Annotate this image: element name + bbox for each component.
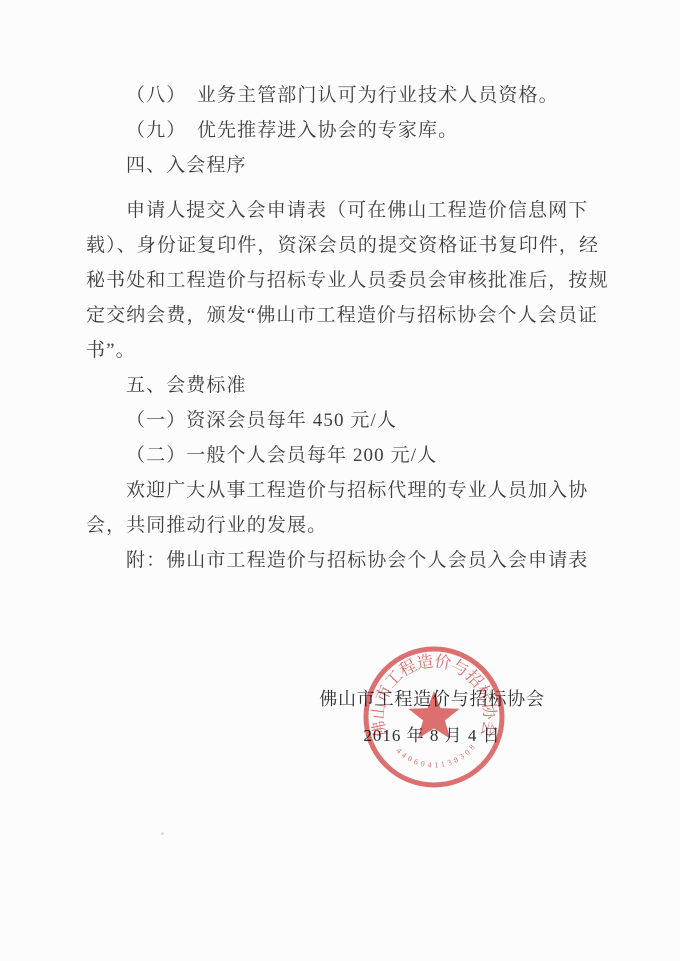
- attachment-line: 附：佛山市工程造价与招标协会个人会员入会申请表: [86, 543, 596, 578]
- text-line: （九） 优先推荐进入协会的专家库。: [86, 113, 596, 148]
- scan-artifact-speck: [161, 832, 164, 835]
- section-heading: 五、会费标准: [86, 368, 596, 403]
- scanned-document-page: （八） 业务主管部门认可为行业技术人员资格。 （九） 优先推荐进入协会的专家库。…: [0, 0, 680, 961]
- text-line: 载）、身份证复印件，资深会员的提交资格证书复印件，经: [86, 228, 596, 263]
- document-body: （八） 业务主管部门认可为行业技术人员资格。 （九） 优先推荐进入协会的专家库。…: [86, 78, 596, 578]
- text-line: 定交纳会费，颁发“佛山市工程造价与招标协会个人会员证: [86, 298, 596, 333]
- signature-block: 佛山市工程造价与招标协会 2016 年 8 月 4 日: [270, 686, 594, 748]
- text-line: 秘书处和工程造价与招标专业人员委员会审核批准后，按规: [86, 263, 596, 298]
- section-heading: 四、入会程序: [86, 148, 596, 183]
- signature-date: 2016 年 8 月 4 日: [270, 724, 594, 748]
- signature-org-name: 佛山市工程造价与招标协会: [270, 686, 594, 712]
- text-line: （八） 业务主管部门认可为行业技术人员资格。: [86, 78, 596, 113]
- fee-line-general: （二）一般个人会员每年 200 元/人: [86, 438, 596, 473]
- fee-line-senior: （一）资深会员每年 450 元/人: [86, 403, 596, 438]
- text-line: 会，共同推动行业的发展。: [86, 508, 596, 543]
- text-line: 欢迎广大从事工程造价与招标代理的专业人员加入协: [86, 473, 596, 508]
- text-line: 申请人提交入会申请表（可在佛山工程造价信息网下: [86, 193, 596, 228]
- text-line: 书”。: [86, 333, 596, 368]
